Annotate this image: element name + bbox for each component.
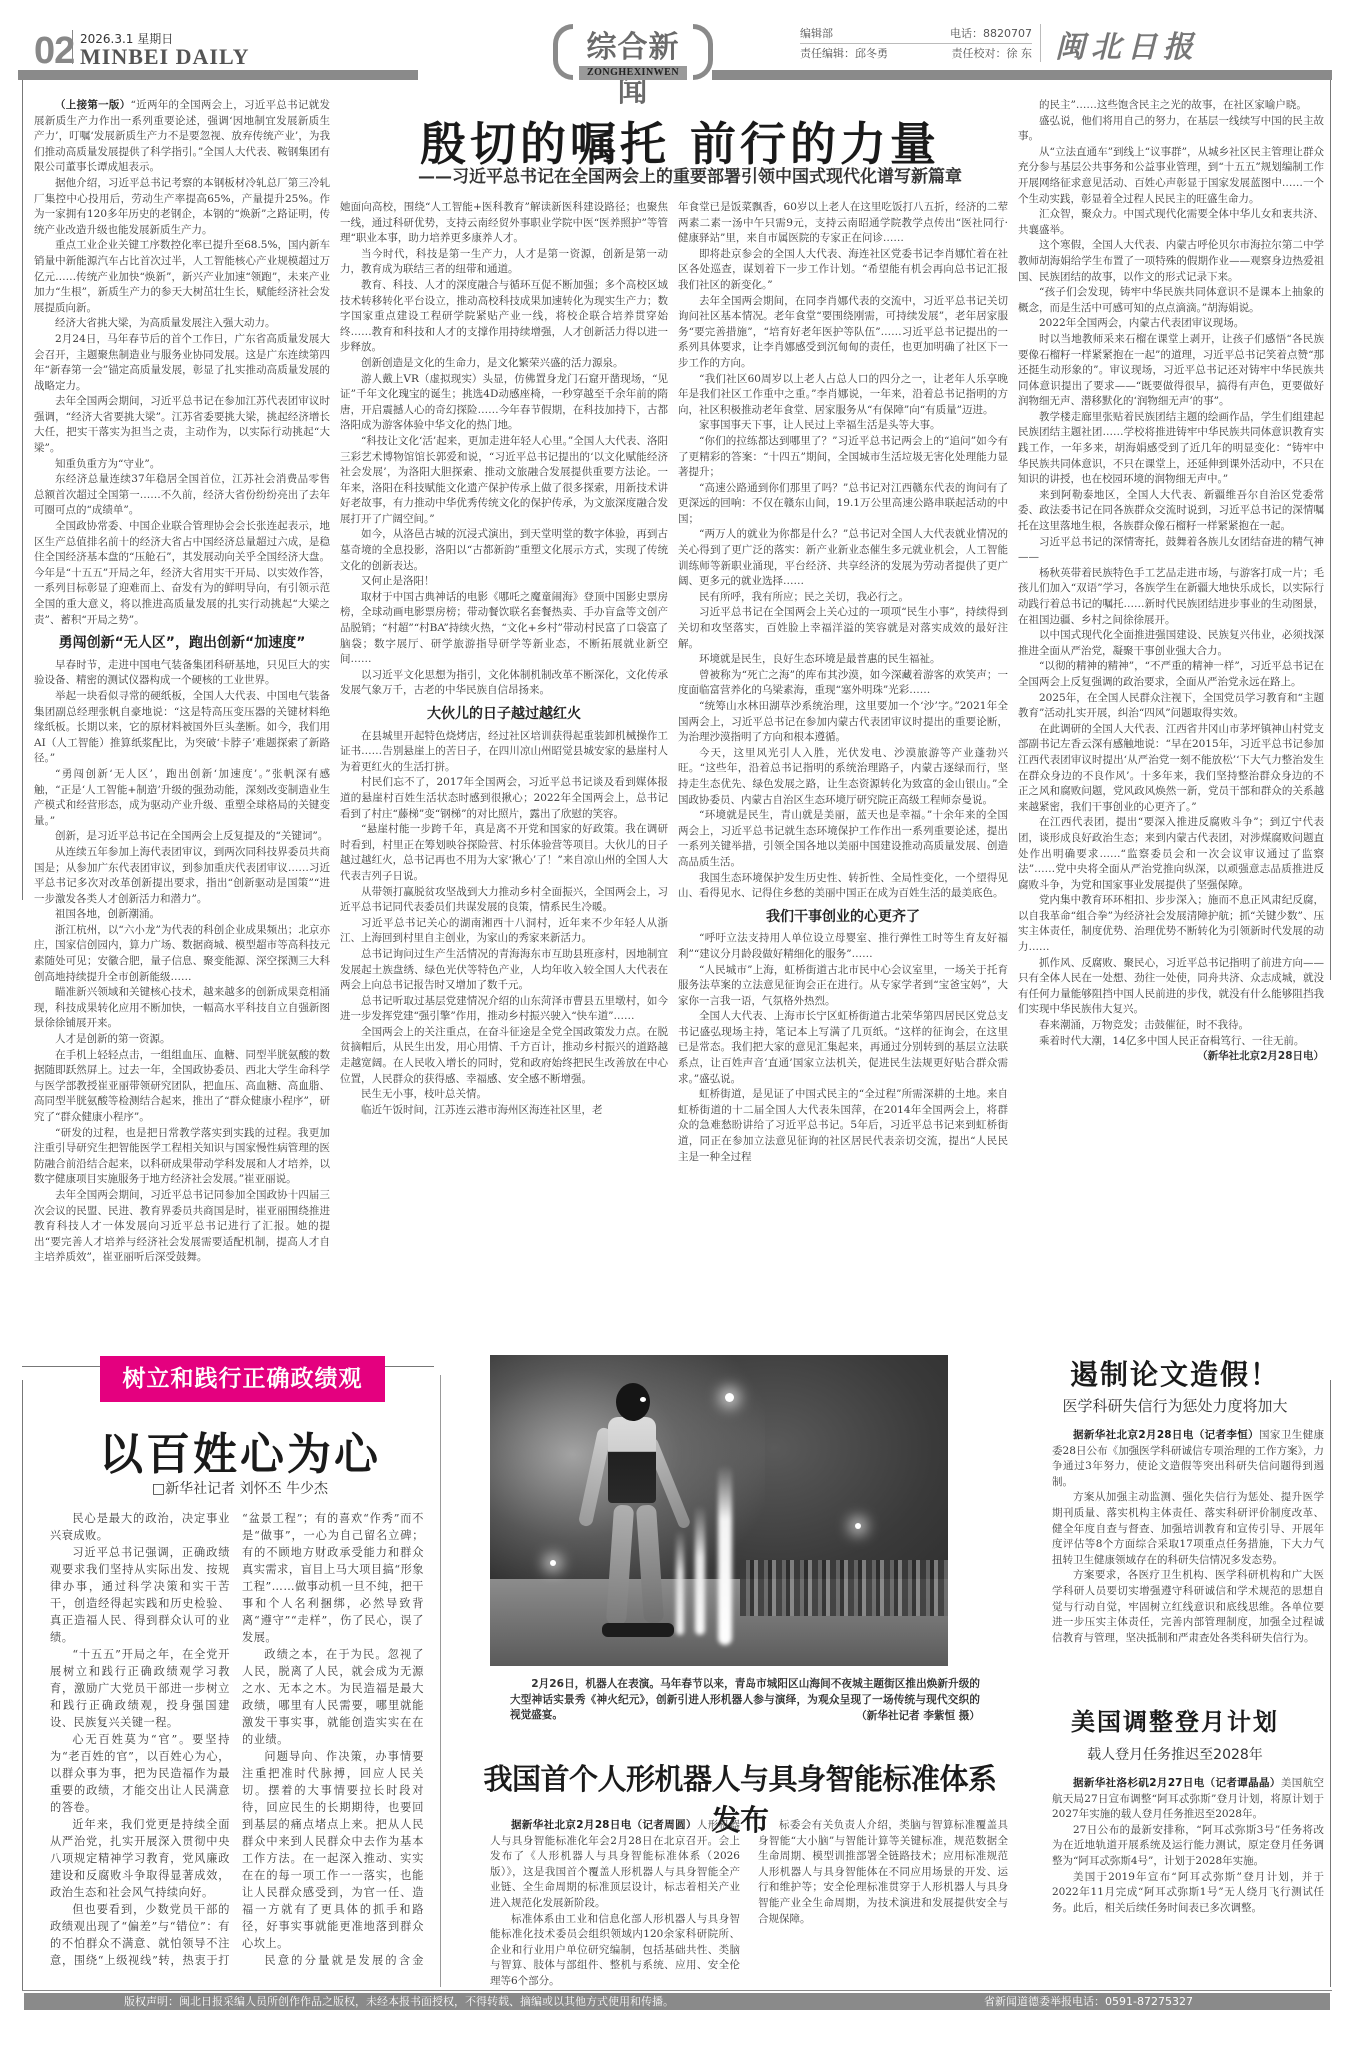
stage-light bbox=[725, 1393, 734, 1402]
paragraph: 总书记询问过生产生活情况的青海海东市互助县班彦村，因地制宜发展起土族盘绣、绿色光… bbox=[340, 947, 668, 994]
paragraph: 经济大省挑大梁，为高质量发展注入强大动力。 bbox=[34, 316, 330, 332]
paragraph: 又何止是洛阳！ bbox=[340, 574, 668, 590]
paragraph: “我们社区60周岁以上老人占总人口的四分之一，让老年人乐享晚年是我们社区工作重中… bbox=[678, 372, 1008, 419]
paragraph: 东经济总量连续37年稳居全国首位，江苏社会消费品零售总额首次超过全国第一……不久… bbox=[34, 472, 330, 519]
paragraph: 早春时节，走进中国电气装备集团科研基地，只见巨大的实验设备、精密的测试仪器构成一… bbox=[34, 658, 330, 689]
top-story-column-2: 她面向高校，围绕“人工智能+医科教育”解读新医科建设路径；也聚焦一线，通过科研优… bbox=[340, 200, 668, 1296]
section-badge: 综合新闻 ZONGHEXINWEN bbox=[553, 22, 713, 82]
feature-column-2: “盆景工程”；有的喜欢“作秀”而不是“做事”，一心为自己留名立碑；有的不顾地方财… bbox=[242, 1510, 424, 1970]
paragraph: 方案从加强主动监测、强化失信行为惩处、提升医学期刊质量、落实机构主体责任、落实科… bbox=[1052, 1490, 1324, 1568]
section-heading-life: 大伙儿的日子越过越红火 bbox=[340, 707, 668, 723]
section-heading-innovation: 勇闯创新“无人区”，跑出创新“加速度” bbox=[34, 636, 330, 652]
paper-name-en: MINBEI DAILY bbox=[80, 44, 250, 70]
footer-bar: 版权声明：闽北日报采编人员所创作作品之版权，未经本报书面授权，不得转载、摘编或以… bbox=[24, 1993, 1330, 2010]
paragraph: 这个寒假，全国人大代表、内蒙古呼伦贝尔市海拉尔第二中学教师胡海娟给学生布置了一项… bbox=[1018, 238, 1324, 285]
robot-head bbox=[616, 1383, 650, 1421]
firework-fountain bbox=[676, 1530, 684, 1635]
paragraph: 村民们忘不了，2017年全国两会，习近平总书记谈及看到媒体报道的悬崖村百姓生活状… bbox=[340, 775, 668, 822]
paragraph: 杨秋英带着民族特色手工艺品走进市场，与游客打成一片；毛孩儿们加入“双语”学习，各… bbox=[1018, 566, 1324, 628]
paragraph: “高速公路通到你们那里了吗？”总书记对江西赣东代表的询问有了更深远的回响：不仅在… bbox=[678, 481, 1008, 528]
stage-light bbox=[855, 1523, 861, 1529]
paragraph: “人民城市”上海，虹桥街道古北市民中心会议室里，一场关于托育服务法草案的立法意见… bbox=[678, 963, 1008, 1010]
paragraph: 重点工业企业关键工序数控化率已提升至68.5%，国内新车销量中新能源汽车占比首次… bbox=[34, 238, 330, 316]
page-number: 02 bbox=[34, 30, 74, 73]
paragraph: “科技让文化‘活’起来，更加走进年轻人心里。”全国人大代表、洛阳三彩艺术博物馆馆… bbox=[340, 434, 668, 528]
feature-divider-rule bbox=[440, 1375, 441, 1987]
paragraph: 创新创造是文化的生命力，是文化繁荣兴盛的活力源泉。 bbox=[340, 356, 668, 372]
paragraph: 在此调研的全国人大代表、江西省井冈山市茅坪镇神山村党支部副书记左香云深有感触地说… bbox=[1018, 722, 1324, 816]
paragraph: 游人戴上VR（虚拟现实）头显，仿佛置身龙门石窟开凿现场，“见证”千年文化瑰宝的诞… bbox=[340, 372, 668, 434]
paragraph: 来到阿勒泰地区，全国人大代表、新疆维吾尔自治区党委常委、政法委书记在同各族群众交… bbox=[1018, 488, 1324, 535]
paragraph: 瞄准新兴领域和关键核心技术，越来越多的创新成果竞相涌现，科技成果转化应用不断加快… bbox=[34, 985, 330, 1032]
paragraph: 抓作风、反腐败、聚民心，习近平总书记指明了前进方向——只有全体人民在一处想、劲往… bbox=[1018, 956, 1324, 1018]
paragraph: “以彻的精神的精神”，“不严重的精神一样”，习近平总书记在全国两会上反复强调的政… bbox=[1018, 659, 1324, 690]
continued-from-label: （上接第一版） bbox=[55, 99, 131, 111]
paragraph: “孩子们会发现，铸牢中华民族共同体意识不是课本上抽象的概念，而是生活中可感可知的… bbox=[1018, 285, 1324, 316]
paragraph: 教学楼走廊里张贴着民族团结主题的绘画作品，学生们组建起民族团结主题社团……学校将… bbox=[1018, 410, 1324, 488]
header-bar-left bbox=[18, 70, 418, 80]
dateline-lead: 据新华社洛杉矶2月27日电（记者谭晶晶） bbox=[1073, 1777, 1281, 1789]
paragraph: 以中国式现代化全面推进强国建设、民族复兴伟业，必须找深推进全面从严治党，凝聚干事… bbox=[1018, 628, 1324, 659]
paragraph: 即将赴京参会的全国人大代表、海连社区党委书记李肖娜忙着在社区各处巡查，谋划着下一… bbox=[678, 247, 1008, 294]
masthead-divider bbox=[72, 30, 73, 64]
responsible-editor: 责任编辑：邱冬勇 bbox=[800, 44, 888, 64]
moon-story-title: 美国调整登月计划 bbox=[1020, 1702, 1330, 1737]
photo-credit: （新华社记者 李紫恒 摄） bbox=[790, 1708, 980, 1723]
moon-story-subtitle: 载人登月任务推迟至2028年 bbox=[1020, 1744, 1330, 1764]
editor-divider bbox=[1040, 24, 1041, 62]
paragraph: 习近平总书记在全国两会上关心过的一项项“民生小事”，持续得到关切和攻坚落实，百姓… bbox=[678, 605, 1008, 652]
paragraph: 从“立法直通车”到线上“议事群”，从城乡社区民主管理让群众充分参与基层公共事务和… bbox=[1018, 145, 1324, 207]
paragraph: 从连续五年参加上海代表团审议，到两次同科技界委员共商国是；从参加广东代表团审议，… bbox=[34, 845, 330, 907]
paragraph: “十五五”开局之年，在全党开展树立和践行正确政绩观学习教育，激励广大党员干部进一… bbox=[50, 1646, 230, 1731]
paragraph: 习近平总书记强调，正确政绩观要求我们坚持从实际出发、按规律办事，通过科学决策和实… bbox=[50, 1544, 230, 1646]
paragraph: 家事国事天下事，让人民过上幸福生活是头等大事。 bbox=[678, 418, 1008, 434]
paragraph: 如今，从洛邑古城的沉浸式演出，到天堂明堂的数字体验，再到古墓奇境的全息投影，洛阳… bbox=[340, 527, 668, 574]
paragraph: 今天，这里风光引人入胜，光伏发电、沙漠旅游等产业蓬勃兴旺。“这些年，沿着总书记指… bbox=[678, 746, 1008, 808]
paragraph: “统筹山水林田湖草沙系统治理，这里要加一个‘沙’字。”2021年全国两会上，习近… bbox=[678, 699, 1008, 746]
paragraph: “两万人的就业为你都是什么？”总书记对全国人大代表就业情况的关心得到了更广泛的落… bbox=[678, 527, 1008, 589]
paragraph: 环境就是民生，良好生态环境是最普惠的民生福祉。 bbox=[678, 652, 1008, 668]
paragraph: 心无百姓莫为“官”。要坚持为“老百姓的官”，以百姓心为心，以群众事为事，把为民造… bbox=[50, 1731, 230, 1816]
robot-feet bbox=[602, 1623, 674, 1637]
paragraph: 我国生态环境保护发生历史性、转折性、全局性变化，一个望得见山、看得见水、记得住乡… bbox=[678, 871, 1008, 902]
paragraph: 全国人大代表、上海市长宁区虹桥街道古北荣华第四居民区党总支书记盛弘现场主持，笔记… bbox=[678, 1009, 1008, 1087]
paragraph: 民意的分量就是发展的含金量。新征程上，我们要锚定为民造福的根本目的，全心全意为人… bbox=[242, 1952, 424, 1970]
phone-number: 电话：8820707 bbox=[950, 24, 1032, 43]
feature-left-rule bbox=[22, 1380, 23, 1990]
paragraph: 在县城里开起特色烧烤店，经过社区培训获得起重装卸机械操作工证书……告别悬崖上的苦… bbox=[340, 729, 668, 776]
left-border-rule bbox=[22, 80, 23, 900]
paragraph: 的民主”……这些饱含民主之光的故事，在社区家喻户晓。 bbox=[1018, 98, 1324, 114]
paragraph: “你们的拉练都达到哪里了？”习近平总书记两会上的“追问”如今有了更精彩的答案：“… bbox=[678, 434, 1008, 481]
robot-eye bbox=[640, 1397, 646, 1402]
editor-info: 编辑部 电话：8820707 责任编辑：邱冬勇 责任校对：徐 东 bbox=[800, 24, 1032, 64]
paragraph: 全国两会上的关注重点，在奋斗征途是全党全国政策发力点。在脱贫摘帽后，从民生出发，… bbox=[340, 1025, 668, 1087]
paragraph: 2022年全国两会，内蒙古代表团审议现场。 bbox=[1018, 316, 1324, 332]
right-border-rule bbox=[1330, 80, 1331, 980]
paragraph: 问题导向、作决策，办事情要注重把准时代脉搏，回应人民关切。摆着的大事情要拉长时段… bbox=[242, 1748, 424, 1952]
paragraph: 当今时代，科技是第一生产力，人才是第一资源，创新是第一动力，教育成为联结三者的纽… bbox=[340, 247, 668, 278]
bracket-left-icon bbox=[553, 24, 573, 80]
bracket-right-icon bbox=[693, 24, 713, 80]
proofreader: 责任校对：徐 东 bbox=[952, 44, 1033, 64]
paragraph: 年食堂已是饭菜飘香，60岁以上老人在这里吃饭打八五折，经济的二荤两素二素一汤中午… bbox=[678, 200, 1008, 247]
paragraph: 27日公布的最新安排称，“阿耳忒弥斯3号”任务将改为在近地轨道开展系统及运行能力… bbox=[1052, 1823, 1324, 1870]
dateline-lead: 据新华社北京2月28日电（记者周圆） bbox=[511, 1819, 697, 1831]
paragraph: 举起一块看似寻常的硬纸板，全国人大代表、中国电气装备集团副总经理张帆自豪地说：“… bbox=[34, 689, 330, 767]
paragraph: 去年全国两会期间，习近平总书记同参加全国政协十四届三次会议的民盟、民进、教育界委… bbox=[34, 1188, 330, 1266]
firework-fountain bbox=[695, 1505, 705, 1635]
masthead: 02 2026.3.1 星期日 MINBEI DAILY 综合新闻 ZONGHE… bbox=[0, 0, 1349, 80]
paragraph: 人形机器人与具身智能标准化年会2月28日在北京召开。会上发布了《人形机器人与具身… bbox=[490, 1819, 740, 1909]
main-subheadline: ——习近平总书记在全国两会上的重要部署引领中国式现代化谱写新篇章 bbox=[340, 162, 1040, 187]
paragraph: “勇闯创新‘无人区’，跑出创新‘加速度’。”张帆深有感触，“正是‘人工智能+制造… bbox=[34, 767, 330, 829]
paragraph: 以习近平文化思想为指引，文化体制机制改革不断深化，文化传承发展气象万千，古老的中… bbox=[340, 668, 668, 699]
paragraph: “研发的过程，也是把日常教学落实到实践的过程。我更加注重引导研究生把智能医学工程… bbox=[34, 1126, 330, 1188]
paragraph: 她面向高校，围绕“人工智能+医科教育”解读新医科建设路径；也聚焦一线，通过科研优… bbox=[340, 200, 668, 247]
paragraph: 盛弘说，他们将用自己的努力，在基层一线续写中国的民主故事。 bbox=[1018, 114, 1324, 145]
fraud-story-title: 遏制论文造假！ bbox=[1020, 1353, 1330, 1393]
paragraph: 标准体系由工业和信息化部人形机器人与具身智能标准化技术委员会组织领域内120余家… bbox=[490, 1912, 740, 1988]
paragraph: 在江西代表团，提出“要深入推进反腐败斗争”；到辽宁代表团，谈形成良好政治生态；来… bbox=[1018, 815, 1324, 893]
newspaper-logo: 闽北日报 bbox=[1055, 22, 1199, 66]
editor-row-staff: 责任编辑：邱冬勇 责任校对：徐 东 bbox=[800, 44, 1032, 64]
paragraph: 教育、科技、人才的深度融合与循环互促不断加强；多个高校区域技术转移转化平台设立，… bbox=[340, 278, 668, 356]
paragraph: 人才是创新的第一资源。 bbox=[34, 1032, 330, 1048]
fraud-story-subtitle: 医学科研失信行为惩处力度将加大 bbox=[1020, 1395, 1330, 1416]
top-story-column-1: （上接第一版）“近两年的全国两会上，习近平总书记就发展新质生产力作出一系列重要论… bbox=[34, 98, 330, 1296]
section-heading-together: 我们干事创业的心更齐了 bbox=[678, 910, 1008, 926]
feature-column-1: 民心是最大的政治，决定事业兴衰成败。 习近平总书记强调，正确政绩观要求我们坚持从… bbox=[50, 1510, 230, 1970]
paragraph: 虹桥街道，是见证了中国式民主的“全过程”所需深耕的土地。来自虹桥街道的十二届全国… bbox=[678, 1087, 1008, 1165]
paragraph: 美国于2019年宣布“阿耳忒弥斯”登月计划，并于2022年11月完成“阿耳忒弥斯… bbox=[1052, 1870, 1324, 1917]
paragraph: 党内集中教育环环相扣、步步深入；施而不息正风肃纪反腐，以自我革命“组合拳”为经济… bbox=[1018, 893, 1324, 955]
top-story-column-3: 年食堂已是饭菜飘香，60岁以上老人在这里吃饭打八五折，经济的二荤两素二素一汤中午… bbox=[678, 200, 1008, 1296]
paragraph: “环境就是民生，青山就是美丽，蓝天也是幸福。”十余年来的全国两会上，习近平总书记… bbox=[678, 808, 1008, 870]
top-story-column-4: 的民主”……这些饱含民主之光的故事，在社区家喻户晓。 盛弘说，他们将用自己的努力… bbox=[1018, 98, 1324, 1313]
paragraph: 春来潮涌，万物竞发；击鼓催征，时不我待。 bbox=[1018, 1018, 1324, 1034]
paragraph: 时以当地教师采来石榴在课堂上剥开，让孩子们感悟“各民族要像石榴籽一样紧紧抱在一起… bbox=[1018, 332, 1324, 410]
paragraph: 据他介绍，习近平总书记考察的本钢板材冷轧总厂第三冷轧厂集控中心投用后，劳动生产率… bbox=[34, 176, 330, 238]
firework-fountain bbox=[718, 1465, 732, 1645]
paragraph: 全国政协常委、中国企业联合管理协会会长张连起表示，地区生产总值排名前十的经济大省… bbox=[34, 519, 330, 628]
paragraph: 但也要看到，少数党员干部的政绩观出现了“偏差”与“错位”：有的不怕群众不满意、就… bbox=[50, 1901, 230, 1970]
column-tag-badge: 树立和践行正确政绩观 bbox=[100, 1356, 385, 1402]
paragraph: 从带领打赢脱贫攻坚战到大力推动乡村全面振兴，全国两会上，习近平总书记同代表委员们… bbox=[340, 885, 668, 916]
performers-crowd bbox=[740, 1560, 948, 1616]
paragraph: 汇众智，聚众力。中国式现代化需要全体中华儿女和衷共济、共襄盛举。 bbox=[1018, 207, 1324, 238]
paragraph: 去年全国两会期间，在同李肖娜代表的交流中，习近平总书记关切询问社区基本情况。老年… bbox=[678, 294, 1008, 372]
moon-story-body: 据新华社洛杉矶2月27日电（记者谭晶晶）美国航空航天局27日宣布调整“阿耳忒弥斯… bbox=[1052, 1776, 1324, 1986]
paragraph: 民心是最大的政治，决定事业兴衰成败。 bbox=[50, 1510, 230, 1544]
footer-separator bbox=[22, 1990, 1332, 1991]
paragraph: 曾被称为“死亡之海”的库布其沙漠，如今深藏着游客的欢笑声；一度面临富营养化的乌梁… bbox=[678, 668, 1008, 699]
robot-torso bbox=[608, 1417, 656, 1503]
paragraph: 浙江杭州，以“六小龙”为代表的科创企业成果频出；北京亦庄，国家信创园内，算力广场… bbox=[34, 923, 330, 985]
paragraph: 临近午饭时间，江苏连云港市海州区海连社区里，老 bbox=[340, 1103, 668, 1119]
paragraph: “盆景工程”；有的喜欢“作秀”而不是“做事”，一心为自己留名立碑；有的不顾地方财… bbox=[242, 1510, 424, 1646]
paragraph: 在手机上轻轻点击，一组组血压、血糖、同型半胱氨酸的数据随即跃然屏上。过去一年，全… bbox=[34, 1048, 330, 1126]
feature-title: 以百姓心为心 bbox=[40, 1418, 440, 1482]
dateline-lead: 据新华社北京2月28日电（记者李恒） bbox=[1073, 1429, 1259, 1441]
paragraph: 方案要求，各医疗卫生机构、医学科研机构和广大医学科研人员要切实增强遵守科研诚信和… bbox=[1052, 1568, 1324, 1646]
paragraph: 标委会有关负责人介绍，类脑与智算标准覆盖具身智能“大小脑”与智能计算等关键标准，… bbox=[758, 1818, 1008, 1927]
briefs-right-rule bbox=[1330, 1380, 1331, 1987]
section-title-en: ZONGHEXINWEN bbox=[579, 66, 687, 80]
copyright-notice: 版权声明：闽北日报采编人员所创作作品之版权，未经本报书面授权，不得转载、摘编或以… bbox=[124, 1993, 674, 2010]
dateline-sign: （新华社北京2月28日电） bbox=[1018, 1049, 1324, 1065]
paragraph: 创新，是习近平总书记在全国两会上反复提及的“关键词”。 bbox=[34, 829, 330, 845]
robot-story-column-2: 标委会有关负责人介绍，类脑与智算标准覆盖具身智能“大小脑”与智能计算等关键标准，… bbox=[758, 1818, 1008, 1988]
paragraph: 习近平总书记关心的湖南湘西十八洞村，近年来不少年轻人从浙江、上海回到村里自主创业… bbox=[340, 916, 668, 947]
feature-byline: □新华社记者 刘怀丕 牛少杰 bbox=[40, 1478, 440, 1498]
stage-light bbox=[550, 1560, 556, 1566]
paragraph: 2025年，在全国人民群众注视下，全国党员学习教育和“主题教育”活动扎实开展，纠… bbox=[1018, 691, 1324, 722]
paragraph: “悬崖村能一步跨千年，真是离不开党和国家的好政策。我在调研时看到，村里正在筹划映… bbox=[340, 822, 668, 884]
paragraph: 取材于中国古典神话的电影《哪吒之魔童闹海》登顶中国影史票房榜，全球动画电影票房榜… bbox=[340, 590, 668, 668]
department-label: 编辑部 bbox=[800, 24, 833, 43]
header-bar-right bbox=[712, 70, 1332, 80]
paragraph: 政绩之本，在于为民。忽视了人民，脱离了人民，就会成为无源之水、无本之木。为民造福… bbox=[242, 1646, 424, 1748]
paragraph: 知重负重方为“守业”。 bbox=[34, 457, 330, 473]
paragraph: 民生无小事，枝叶总关情。 bbox=[340, 1087, 668, 1103]
paragraph: 去年全国两会期间，习近平总书记在参加江苏代表团审议时强调，“经济大省要挑大梁”。… bbox=[34, 394, 330, 456]
editor-row-dept: 编辑部 电话：8820707 bbox=[800, 24, 1032, 44]
paragraph: 总书记听取过基层党建情况介绍的山东菏泽市曹县五里墩村，如今进一步发挥党建“强引擎… bbox=[340, 994, 668, 1025]
paragraph: 乘着时代大潮，14亿多中国人民正奋楫笃行、一往无前。 bbox=[1018, 1034, 1324, 1050]
fraud-story-body: 据新华社北京2月28日电（记者李恒）国家卫生健康委28日公布《加强医学科研诚信专… bbox=[1052, 1428, 1324, 1690]
paragraph: 近年来，我们党更是持续全面从严治党，扎实开展深入贯彻中央八项规定精神学习教育，党… bbox=[50, 1816, 230, 1901]
robot-performance-photo bbox=[490, 1355, 948, 1666]
paragraph: 祖国各地，创新潮涌。 bbox=[34, 907, 330, 923]
paragraph: 2月24日，马年春节后的首个工作日，广东省高质量发展大会召开，主题聚焦制造业与服… bbox=[34, 332, 330, 394]
paragraph: 民有所呼，我有所应；民之关切，我必行之。 bbox=[678, 590, 1008, 606]
paragraph: 习近平总书记的深情寄托，鼓舞着各族儿女团结奋进的精气神—— bbox=[1018, 535, 1324, 566]
paragraph: “呼吁立法支持用人单位设立母婴室、推行弹性工时等生育友好福利”“建议分月龄段做好… bbox=[678, 931, 1008, 962]
report-hotline: 省新闻道德委举报电话：0591-87275327 bbox=[984, 1993, 1193, 2010]
robot-story-column-1: 据新华社北京2月28日电（记者周圆）人形机器人与具身智能标准化年会2月28日在北… bbox=[490, 1818, 740, 1988]
